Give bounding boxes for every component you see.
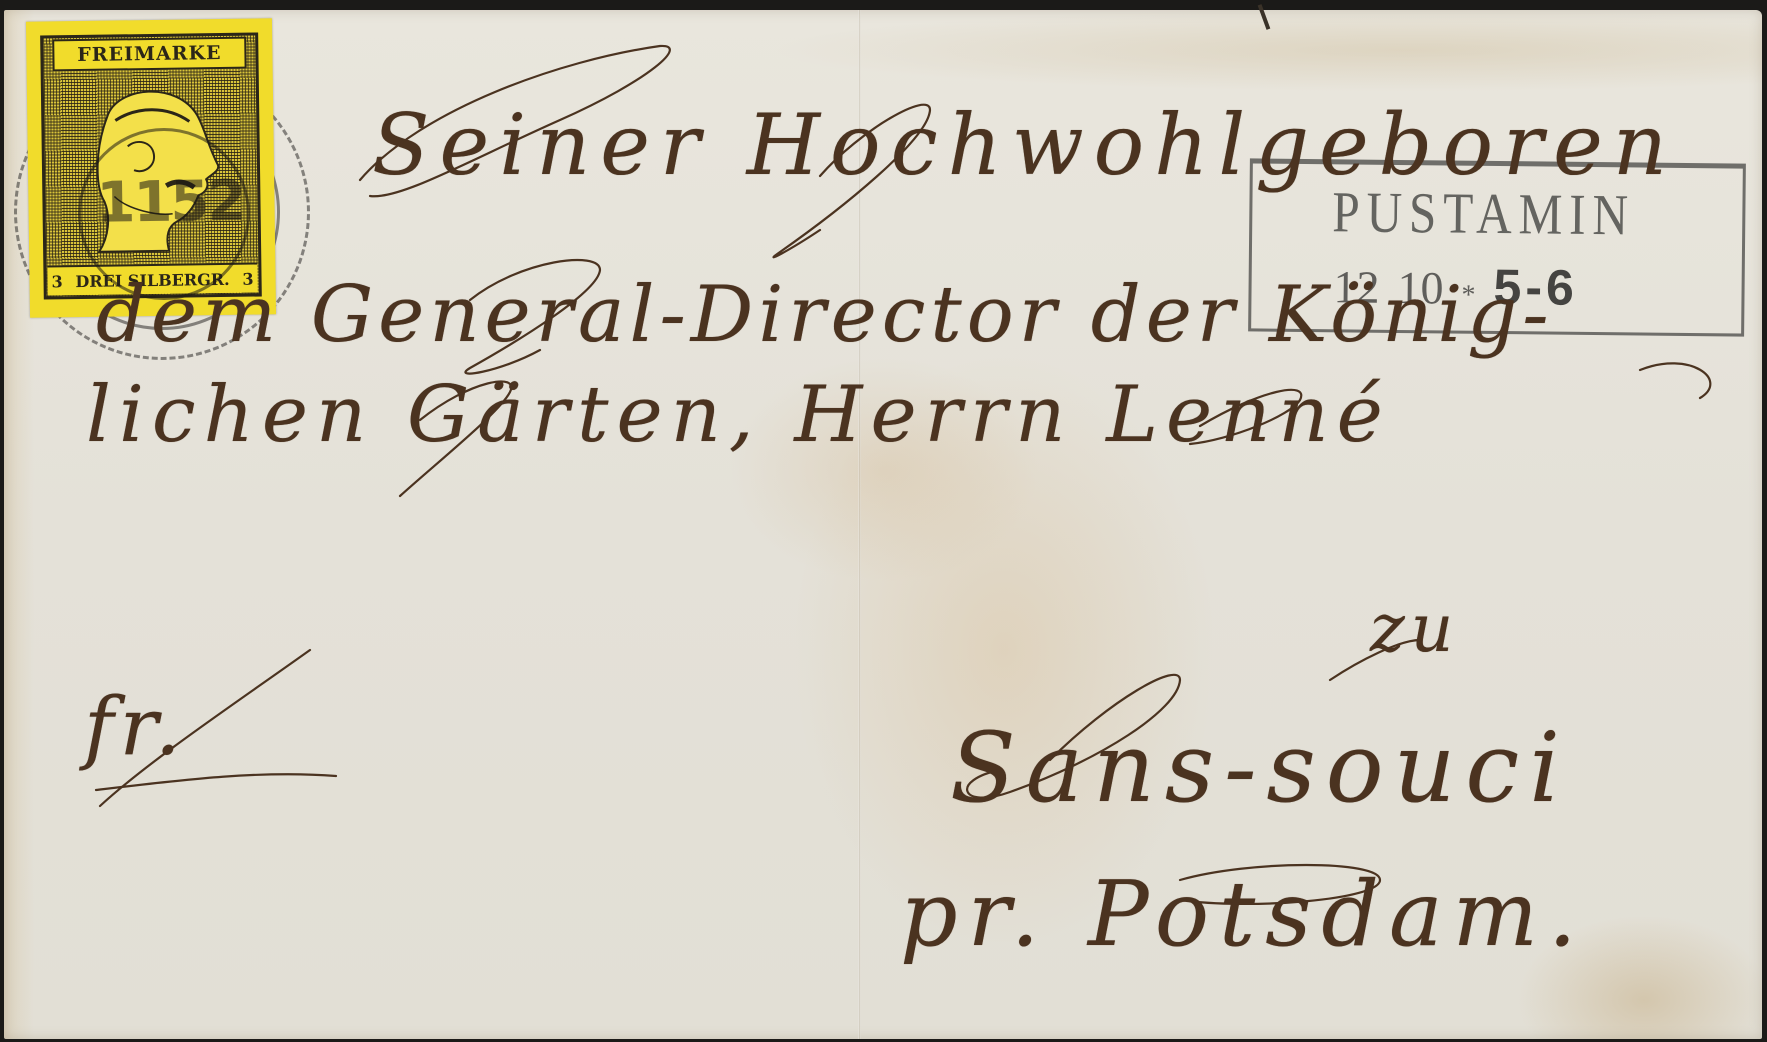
address-line-4: zu [1370,590,1459,667]
stamp-value-left: 3 [51,267,63,295]
cover-photo-frame: FREIMARKE 1152 3 DREI SILBERGR. 3 PUSTAM… [0,0,1767,1042]
stamp-top-label: FREIMARKE [52,37,246,72]
franco-note: fr. [84,680,187,773]
cancel-numeral: 1152 [96,169,245,236]
address-line-1: Seiner Hochwohlgeboren [372,96,1677,194]
address-line-6: pr. Potsdam. [900,862,1587,967]
address-line-3: lichen Gärten, Herrn Lenné [86,370,1391,460]
address-line-5: Sans-souci [950,712,1570,824]
address-line-2: dem General-Director der König- [96,270,1554,360]
